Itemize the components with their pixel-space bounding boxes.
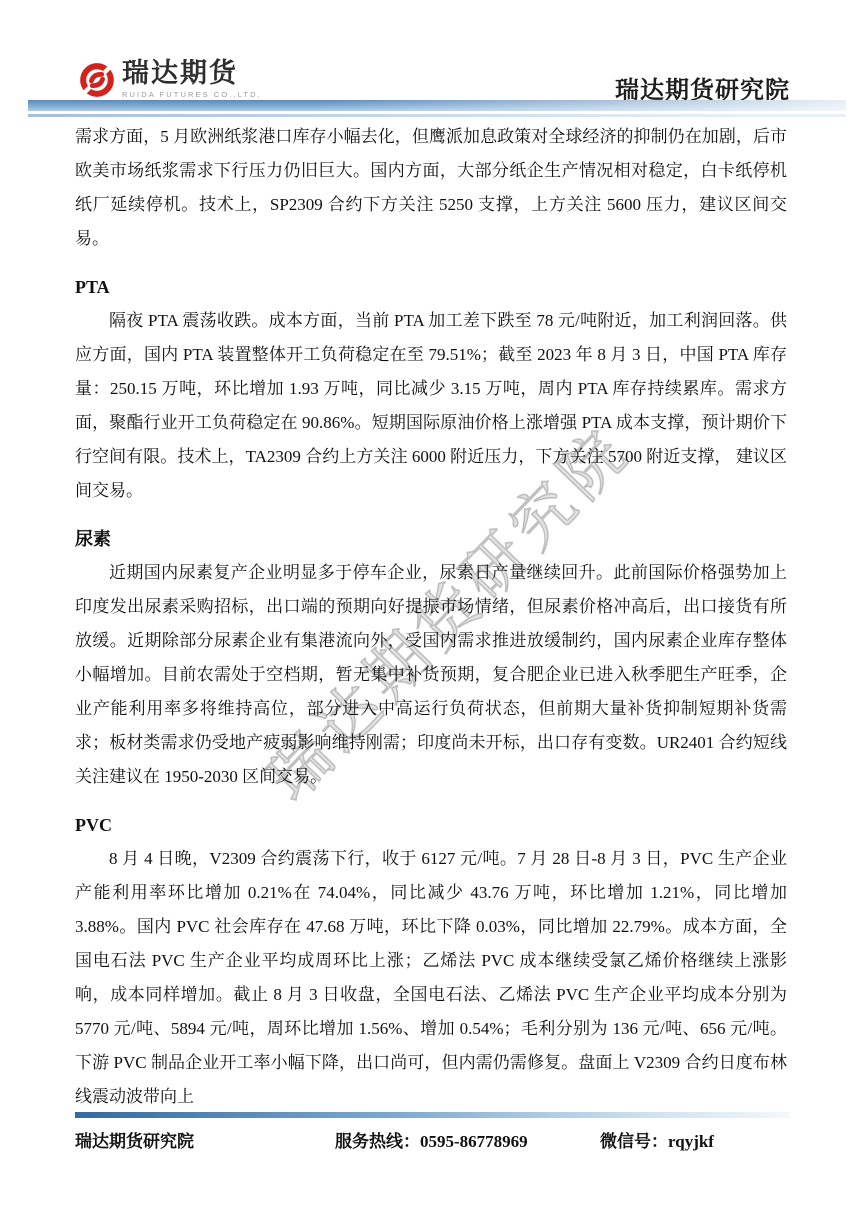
paragraph-pta: 隔夜 PTA 震荡收跌。成本方面，当前 PTA 加工差下跌至 78 元/吨附近，… — [75, 304, 787, 508]
logo-brand-cn: 瑞达期货 — [122, 58, 262, 88]
logo-brand-en: RUIDA FUTURES CO.,LTD. — [122, 90, 262, 99]
footer-hotline-label: 服务热线： — [335, 1132, 420, 1151]
ruida-logo-icon — [78, 61, 116, 99]
paragraph-pulp: 需求方面，5 月欧洲纸浆港口库存小幅去化，但鹰派加息政策对全球经济的抑制仍在加剧… — [75, 120, 787, 256]
paragraph-urea: 近期国内尿素复产企业明显多于停车企业，尿素日产量继续回升。此前国际价格强势加上印… — [75, 556, 787, 794]
report-body: 需求方面，5 月欧洲纸浆港口库存小幅去化，但鹰派加息政策对全球经济的抑制仍在加剧… — [75, 120, 787, 1114]
report-page: 瑞达期货 RUIDA FUTURES CO.,LTD. 瑞达期货研究院 瑞达期货… — [0, 0, 860, 1217]
footer-wechat: 微信号：rqyjkf — [600, 1127, 714, 1152]
section-heading-pta: PTA — [75, 270, 787, 304]
company-logo: 瑞达期货 RUIDA FUTURES CO.,LTD. — [78, 58, 262, 99]
footer-divider-bar — [75, 1112, 790, 1118]
footer-org-name: 瑞达期货研究院 — [75, 1127, 194, 1152]
footer-wechat-id: rqyjkf — [668, 1132, 714, 1151]
header-divider-thin-line — [28, 114, 846, 117]
header-divider-bar — [28, 100, 846, 111]
footer-wechat-label: 微信号： — [600, 1132, 668, 1151]
footer-hotline: 服务热线：0595-86778969 — [335, 1127, 528, 1152]
logo-text: 瑞达期货 RUIDA FUTURES CO.,LTD. — [122, 58, 262, 99]
section-heading-pvc: PVC — [75, 808, 787, 842]
section-heading-urea: 尿素 — [75, 522, 787, 556]
paragraph-pvc: 8 月 4 日晚，V2309 合约震荡下行，收于 6127 元/吨。7 月 28… — [75, 842, 787, 1114]
footer-hotline-number: 0595-86778969 — [420, 1132, 528, 1151]
